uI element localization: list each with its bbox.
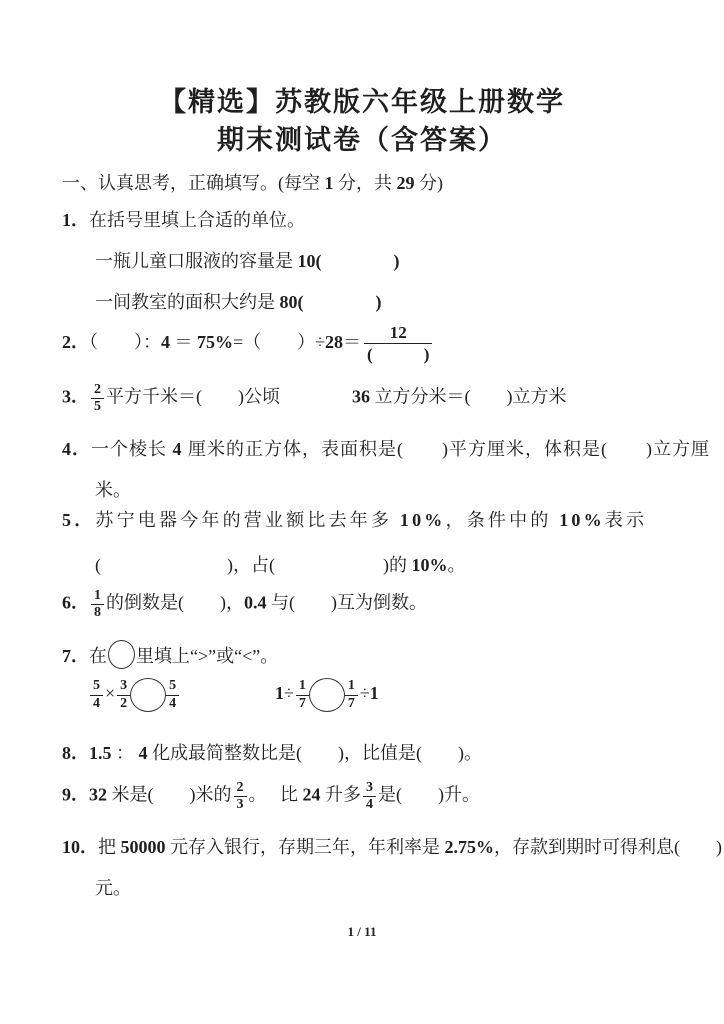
- fraction-denominator: 4: [90, 696, 103, 712]
- fraction-numerator: 2: [234, 780, 247, 797]
- fraction-12-over-blank: 12( ): [364, 322, 432, 366]
- fraction-5-4: 54: [90, 678, 103, 711]
- document-title-line2: 期末测试卷（含答案）: [0, 118, 724, 157]
- fraction-2-3: 23: [234, 780, 247, 813]
- question-6-number: 6．: [62, 593, 89, 613]
- question-1-stem: 1．在括号里填上合适的单位。: [62, 209, 305, 232]
- question-6-text: 的倒数是( )，0.4 与( )互为倒数。: [106, 593, 427, 613]
- fraction-5-4: 54: [166, 678, 179, 711]
- fraction-denominator: 4: [363, 797, 376, 813]
- question-4-line-1: 4．一个棱长 4 厘米的正方体，表面积是( )平方厘米，体积是( )立方厘: [62, 438, 710, 461]
- fraction-numerator: 3: [117, 678, 130, 695]
- question-2: 2．（ ）：4 ＝ 75%=（ ）÷28＝12( ): [62, 322, 434, 366]
- question-9-lead: 9．32 米是( )米的: [62, 785, 232, 805]
- fraction-denominator: 7: [345, 696, 358, 712]
- question-7-stem-post: 里填上“>”或“<”。: [136, 646, 278, 666]
- fraction-1-7: 17: [296, 678, 309, 711]
- question-7-stem: 7．在里填上“>”或“<”。: [62, 640, 278, 669]
- question-8: 8．1.5 ： 4 化成最简整数比是( )，比值是( )。: [62, 742, 482, 765]
- question-3: 3．25平方千米＝( )公顷 36 立方分米＝( )立方米: [62, 382, 567, 415]
- fraction-numerator: 1: [91, 588, 104, 605]
- expression-2-prefix: 1÷: [275, 683, 294, 703]
- question-9-after: 是( )升。: [378, 785, 480, 805]
- fraction-denominator: 8: [91, 605, 104, 621]
- question-2-text: 2．（ ）：4 ＝ 75%=（ ）÷28＝: [62, 332, 361, 352]
- fraction-numerator: 3: [363, 780, 376, 797]
- circle-blank-icon: [130, 678, 166, 712]
- fraction-numerator: 12: [364, 322, 432, 344]
- fraction-denominator: 4: [166, 696, 179, 712]
- document-title-line1: 【精选】苏教版六年级上册数学: [0, 80, 724, 119]
- question-5-line-2: ( )，占( )的 10%。: [95, 554, 465, 577]
- question-7-expression-2: 1÷1717÷1: [275, 678, 379, 712]
- fraction-numerator: 1: [296, 678, 309, 695]
- question-7-expression-1: 54×3254: [88, 678, 181, 712]
- fraction-denominator: 2: [117, 696, 130, 712]
- question-9: 9．32 米是( )米的23。 比 24 升多34是( )升。: [62, 780, 480, 813]
- question-10-line-1: 10．把 50000 元存入银行，存期三年，年利率是 2.75%，存款到期时可得…: [62, 836, 722, 859]
- fraction-denominator: 3: [234, 797, 247, 813]
- question-7-stem-pre: 7．在: [62, 646, 107, 666]
- question-3-text: 平方千米＝( )公顷 36 立方分米＝( )立方米: [106, 387, 567, 407]
- fraction-denominator: ( ): [364, 344, 432, 365]
- question-4-line-2: 米。: [95, 479, 131, 502]
- fraction-denominator: 7: [296, 696, 309, 712]
- fraction-3-2: 32: [117, 678, 130, 711]
- circle-blank-icon: [309, 678, 345, 712]
- question-1-blank-line-1: 一瓶儿童口服液的容量是 10( ): [95, 250, 400, 273]
- expression-2-suffix: ÷1: [360, 683, 379, 703]
- circle-blank-icon: [108, 640, 135, 669]
- fraction-2-5: 25: [91, 382, 104, 415]
- question-5-line-1: 5．苏宁电器今年的营业额比去年多 10%，条件中的 10%表示: [62, 509, 647, 532]
- fraction-numerator: 2: [91, 382, 104, 399]
- section-one-heading: 一、认真思考，正确填写。(每空 1 分，共 29 分): [62, 172, 443, 195]
- question-10-line-2: 元。: [95, 877, 131, 900]
- question-3-number: 3．: [62, 387, 89, 407]
- question-9-mid: 。 比 24 升多: [249, 785, 362, 805]
- fraction-denominator: 5: [91, 399, 104, 415]
- fraction-1-7: 17: [345, 678, 358, 711]
- fraction-numerator: 5: [90, 678, 103, 695]
- document-page: 【精选】苏教版六年级上册数学 期末测试卷（含答案） 一、认真思考，正确填写。(每…: [0, 0, 724, 1024]
- question-6: 6．18的倒数是( )，0.4 与( )互为倒数。: [62, 588, 427, 621]
- question-1-blank-line-2: 一间教室的面积大约是 80( ): [95, 291, 382, 314]
- multiply-operator: ×: [105, 683, 115, 703]
- fraction-numerator: 1: [345, 678, 358, 695]
- fraction-numerator: 5: [166, 678, 179, 695]
- fraction-1-8: 18: [91, 588, 104, 621]
- page-number: 1 / 11: [0, 924, 724, 940]
- fraction-3-4: 34: [363, 780, 376, 813]
